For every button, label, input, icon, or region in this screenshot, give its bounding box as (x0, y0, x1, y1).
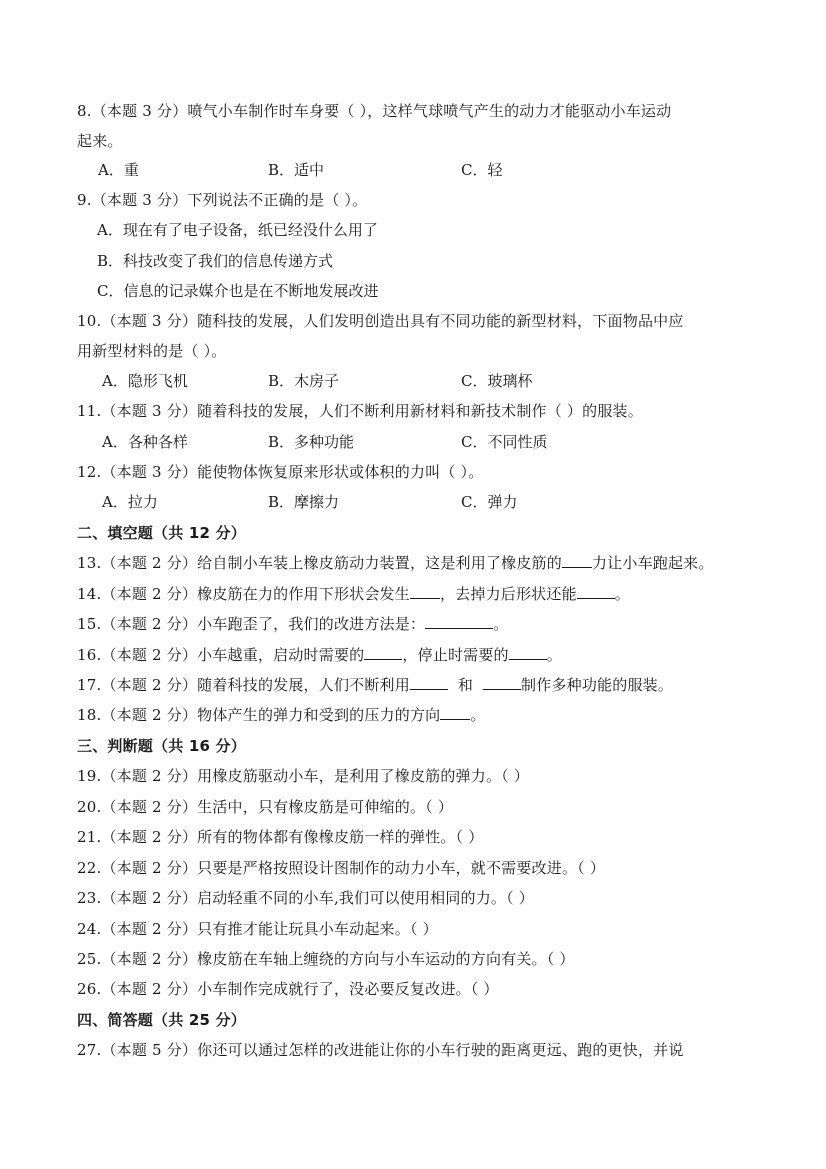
question-score: （本题 2 分） (101, 554, 197, 572)
question-number: 24. (77, 920, 101, 938)
question-text: 喷气小车制作时车身要（ ），这样气球喷气产生的动力才能驱动小车运动 (187, 102, 671, 120)
answer-blank[interactable] (425, 614, 493, 629)
section-heading-fill: 二、填空题（共 12 分） (77, 523, 246, 543)
question-score: （本题 3 分） (101, 402, 197, 420)
question-score: （本题 5 分） (101, 1041, 197, 1059)
question-score: （本题 2 分） (101, 767, 197, 785)
question-number: 14. (77, 585, 101, 603)
answer-blank[interactable] (410, 675, 448, 690)
question-score: （本题 2 分） (101, 646, 197, 664)
question-score: （本题 3 分） (92, 191, 188, 209)
option-a: A．各种各样 (102, 432, 188, 452)
question-number: 13. (77, 554, 101, 572)
option-b: B．科技改变了我们的信息传递方式 (97, 251, 333, 271)
question-text: 力让小车跑起来。 (592, 554, 714, 572)
question-text: 随着科技的发展，人们不断利用 (197, 676, 410, 694)
option-a: A．隐形飞机 (102, 371, 188, 391)
question-score: （本题 2 分） (101, 920, 197, 938)
question-number: 11. (77, 402, 101, 420)
question-18: 18.（本题 2 分）物体产生的弹力和受到的压力的方向。 (77, 705, 486, 725)
option-c: C．不同性质 (461, 432, 547, 452)
question-number: 21. (77, 828, 101, 846)
question-26: 26.（本题 2 分）小车制作完成就行了，没必要反复改进。（ ） (77, 979, 499, 999)
question-22: 22.（本题 2 分）只要是严格按照设计图制作的动力小车，就不需要改进。（ ） (77, 858, 605, 878)
question-text: 用橡皮筋驱动小车，是利用了橡皮筋的弹力。（ ） (197, 767, 529, 785)
option-c: C．轻 (461, 160, 502, 180)
question-text: 。 (493, 615, 508, 633)
question-number: 17. (77, 676, 101, 694)
question-number: 20. (77, 798, 101, 816)
question-text: 所有的物体都有像橡皮筋一样的弹性。（ ） (197, 828, 483, 846)
question-score: （本题 2 分） (101, 615, 197, 633)
question-25: 25.（本题 2 分）橡皮筋在车轴上缠绕的方向与小车运动的方向有关。（ ） (77, 949, 575, 969)
question-10-cont: 用新型材料的是（ ）。 (77, 341, 226, 361)
answer-blank[interactable] (509, 645, 547, 660)
question-24: 24.（本题 2 分）只有推才能让玩具小车动起来。（ ） (77, 919, 438, 939)
question-text: 生活中，只有橡皮筋是可伸缩的。（ ） (197, 798, 453, 816)
question-text: 小车越重，启动时需要的 (197, 646, 364, 664)
option-b: B．木房子 (268, 371, 339, 391)
question-text: 下列说法不正确的是（ ）。 (187, 191, 367, 209)
question-text: 给自制小车装上橡皮筋动力装置，这是利用了橡皮筋的 (197, 554, 562, 572)
answer-blank[interactable] (364, 645, 402, 660)
question-text: 只有推才能让玩具小车动起来。（ ） (197, 920, 438, 938)
question-text: 制作多种功能的服装。 (521, 676, 673, 694)
option-a: A．拉力 (102, 492, 158, 512)
question-text: 用新型材料的是（ ）。 (77, 342, 226, 360)
question-12: 12.（本题 3 分）能使物体恢复原来形状或体积的力叫（ ）。 (77, 462, 483, 482)
option-b: B．多种功能 (268, 432, 354, 452)
question-text: ，去掉力后形状还能 (440, 585, 577, 603)
question-text: 随科技的发展，人们发明创造出具有不同功能的新型材料，下面物品中应 (197, 312, 683, 330)
answer-blank[interactable] (562, 553, 592, 568)
section-heading-judge: 三、判断题（共 16 分） (77, 736, 246, 756)
question-score: （本题 3 分） (101, 463, 197, 481)
answer-blank[interactable] (483, 675, 521, 690)
question-number: 15. (77, 615, 101, 633)
question-19: 19.（本题 2 分）用橡皮筋驱动小车，是利用了橡皮筋的弹力。（ ） (77, 766, 529, 786)
answer-blank[interactable] (410, 584, 440, 599)
option-a: A．现在有了电子设备，纸已经没什么用了 (97, 220, 378, 240)
question-14: 14.（本题 2 分）橡皮筋在力的作用下形状会发生，去掉力后形状还能。 (77, 584, 630, 604)
question-text: 只要是严格按照设计图制作的动力小车，就不需要改进。（ ） (197, 859, 605, 877)
question-number: 27. (77, 1041, 101, 1059)
question-number: 25. (77, 950, 101, 968)
question-text: 。 (615, 585, 630, 603)
question-8: 8.（本题 3 分）喷气小车制作时车身要（ ），这样气球喷气产生的动力才能驱动小… (77, 101, 671, 121)
question-number: 18. (77, 706, 101, 724)
question-text: 小车制作完成就行了，没必要反复改进。（ ） (197, 980, 498, 998)
question-text: ，停止时需要的 (402, 646, 508, 664)
question-number: 16. (77, 646, 101, 664)
question-number: 9. (77, 191, 92, 209)
question-text: 物体产生的弹力和受到的压力的方向 (197, 706, 440, 724)
question-number: 8. (77, 102, 92, 120)
question-11: 11.（本题 3 分）随着科技的发展，人们不断利用新材料和新技术制作（ ）的服装… (77, 401, 643, 421)
question-number: 12. (77, 463, 101, 481)
question-text: 随着科技的发展，人们不断利用新材料和新技术制作（ ）的服装。 (197, 402, 643, 420)
question-text: 。 (547, 646, 562, 664)
question-score: （本题 2 分） (101, 828, 197, 846)
question-text: 你还可以通过怎样的改进能让你的小车行驶的距离更远、跑的更快，并说 (197, 1041, 683, 1059)
answer-blank[interactable] (577, 584, 615, 599)
question-score: （本题 2 分） (101, 706, 197, 724)
question-number: 22. (77, 859, 101, 877)
section-heading-short: 四、简答题（共 25 分） (77, 1010, 246, 1030)
question-15: 15.（本题 2 分）小车跑歪了，我们的改进方法是：。 (77, 614, 508, 634)
question-13: 13.（本题 2 分）给自制小车装上橡皮筋动力装置，这是利用了橡皮筋的力让小车跑… (77, 553, 714, 573)
question-text: 橡皮筋在车轴上缠绕的方向与小车运动的方向有关。（ ） (197, 950, 574, 968)
question-text: 启动轻重不同的小车,我们可以使用相同的力。（ ） (197, 889, 534, 907)
question-score: （本题 3 分） (92, 102, 188, 120)
option-c: C．弹力 (461, 492, 517, 512)
question-number: 10. (77, 312, 101, 330)
question-23: 23.（本题 2 分）启动轻重不同的小车,我们可以使用相同的力。（ ） (77, 888, 534, 908)
question-score: （本题 2 分） (101, 980, 197, 998)
question-8-cont: 起来。 (77, 131, 123, 151)
option-c: C．信息的记录媒介也是在不断地发展改进 (97, 281, 378, 301)
question-text: 能使物体恢复原来形状或体积的力叫（ ）。 (197, 463, 483, 481)
exam-page: 8.（本题 3 分）喷气小车制作时车身要（ ），这样气球喷气产生的动力才能驱动小… (0, 0, 826, 1169)
option-b: B．适中 (268, 160, 324, 180)
question-9: 9.（本题 3 分）下列说法不正确的是（ ）。 (77, 190, 367, 210)
question-21: 21.（本题 2 分）所有的物体都有像橡皮筋一样的弹性。（ ） (77, 827, 483, 847)
question-score: （本题 2 分） (101, 859, 197, 877)
question-score: （本题 2 分） (101, 889, 197, 907)
question-text: 橡皮筋在力的作用下形状会发生 (197, 585, 410, 603)
question-number: 23. (77, 889, 101, 907)
question-17: 17.（本题 2 分）随着科技的发展，人们不断利用 和 制作多种功能的服装。 (77, 675, 673, 695)
question-text: 和 (448, 676, 483, 694)
question-score: （本题 2 分） (101, 798, 197, 816)
question-number: 19. (77, 767, 101, 785)
question-16: 16.（本题 2 分）小车越重，启动时需要的，停止时需要的。 (77, 645, 562, 665)
answer-blank[interactable] (440, 705, 470, 720)
option-a: A．重 (98, 160, 139, 180)
question-text: 小车跑歪了，我们的改进方法是： (197, 615, 425, 633)
option-c: C．玻璃杯 (461, 371, 532, 391)
question-score: （本题 2 分） (101, 585, 197, 603)
question-text: 起来。 (77, 132, 123, 150)
option-b: B．摩擦力 (268, 492, 339, 512)
question-score: （本题 2 分） (101, 676, 197, 694)
question-27: 27.（本题 5 分）你还可以通过怎样的改进能让你的小车行驶的距离更远、跑的更快… (77, 1040, 684, 1060)
question-text: 。 (470, 706, 485, 724)
question-number: 26. (77, 980, 101, 998)
question-score: （本题 2 分） (101, 950, 197, 968)
question-10: 10.（本题 3 分）随科技的发展，人们发明创造出具有不同功能的新型材料，下面物… (77, 311, 684, 331)
question-20: 20.（本题 2 分）生活中，只有橡皮筋是可伸缩的。（ ） (77, 797, 453, 817)
question-score: （本题 3 分） (101, 312, 197, 330)
